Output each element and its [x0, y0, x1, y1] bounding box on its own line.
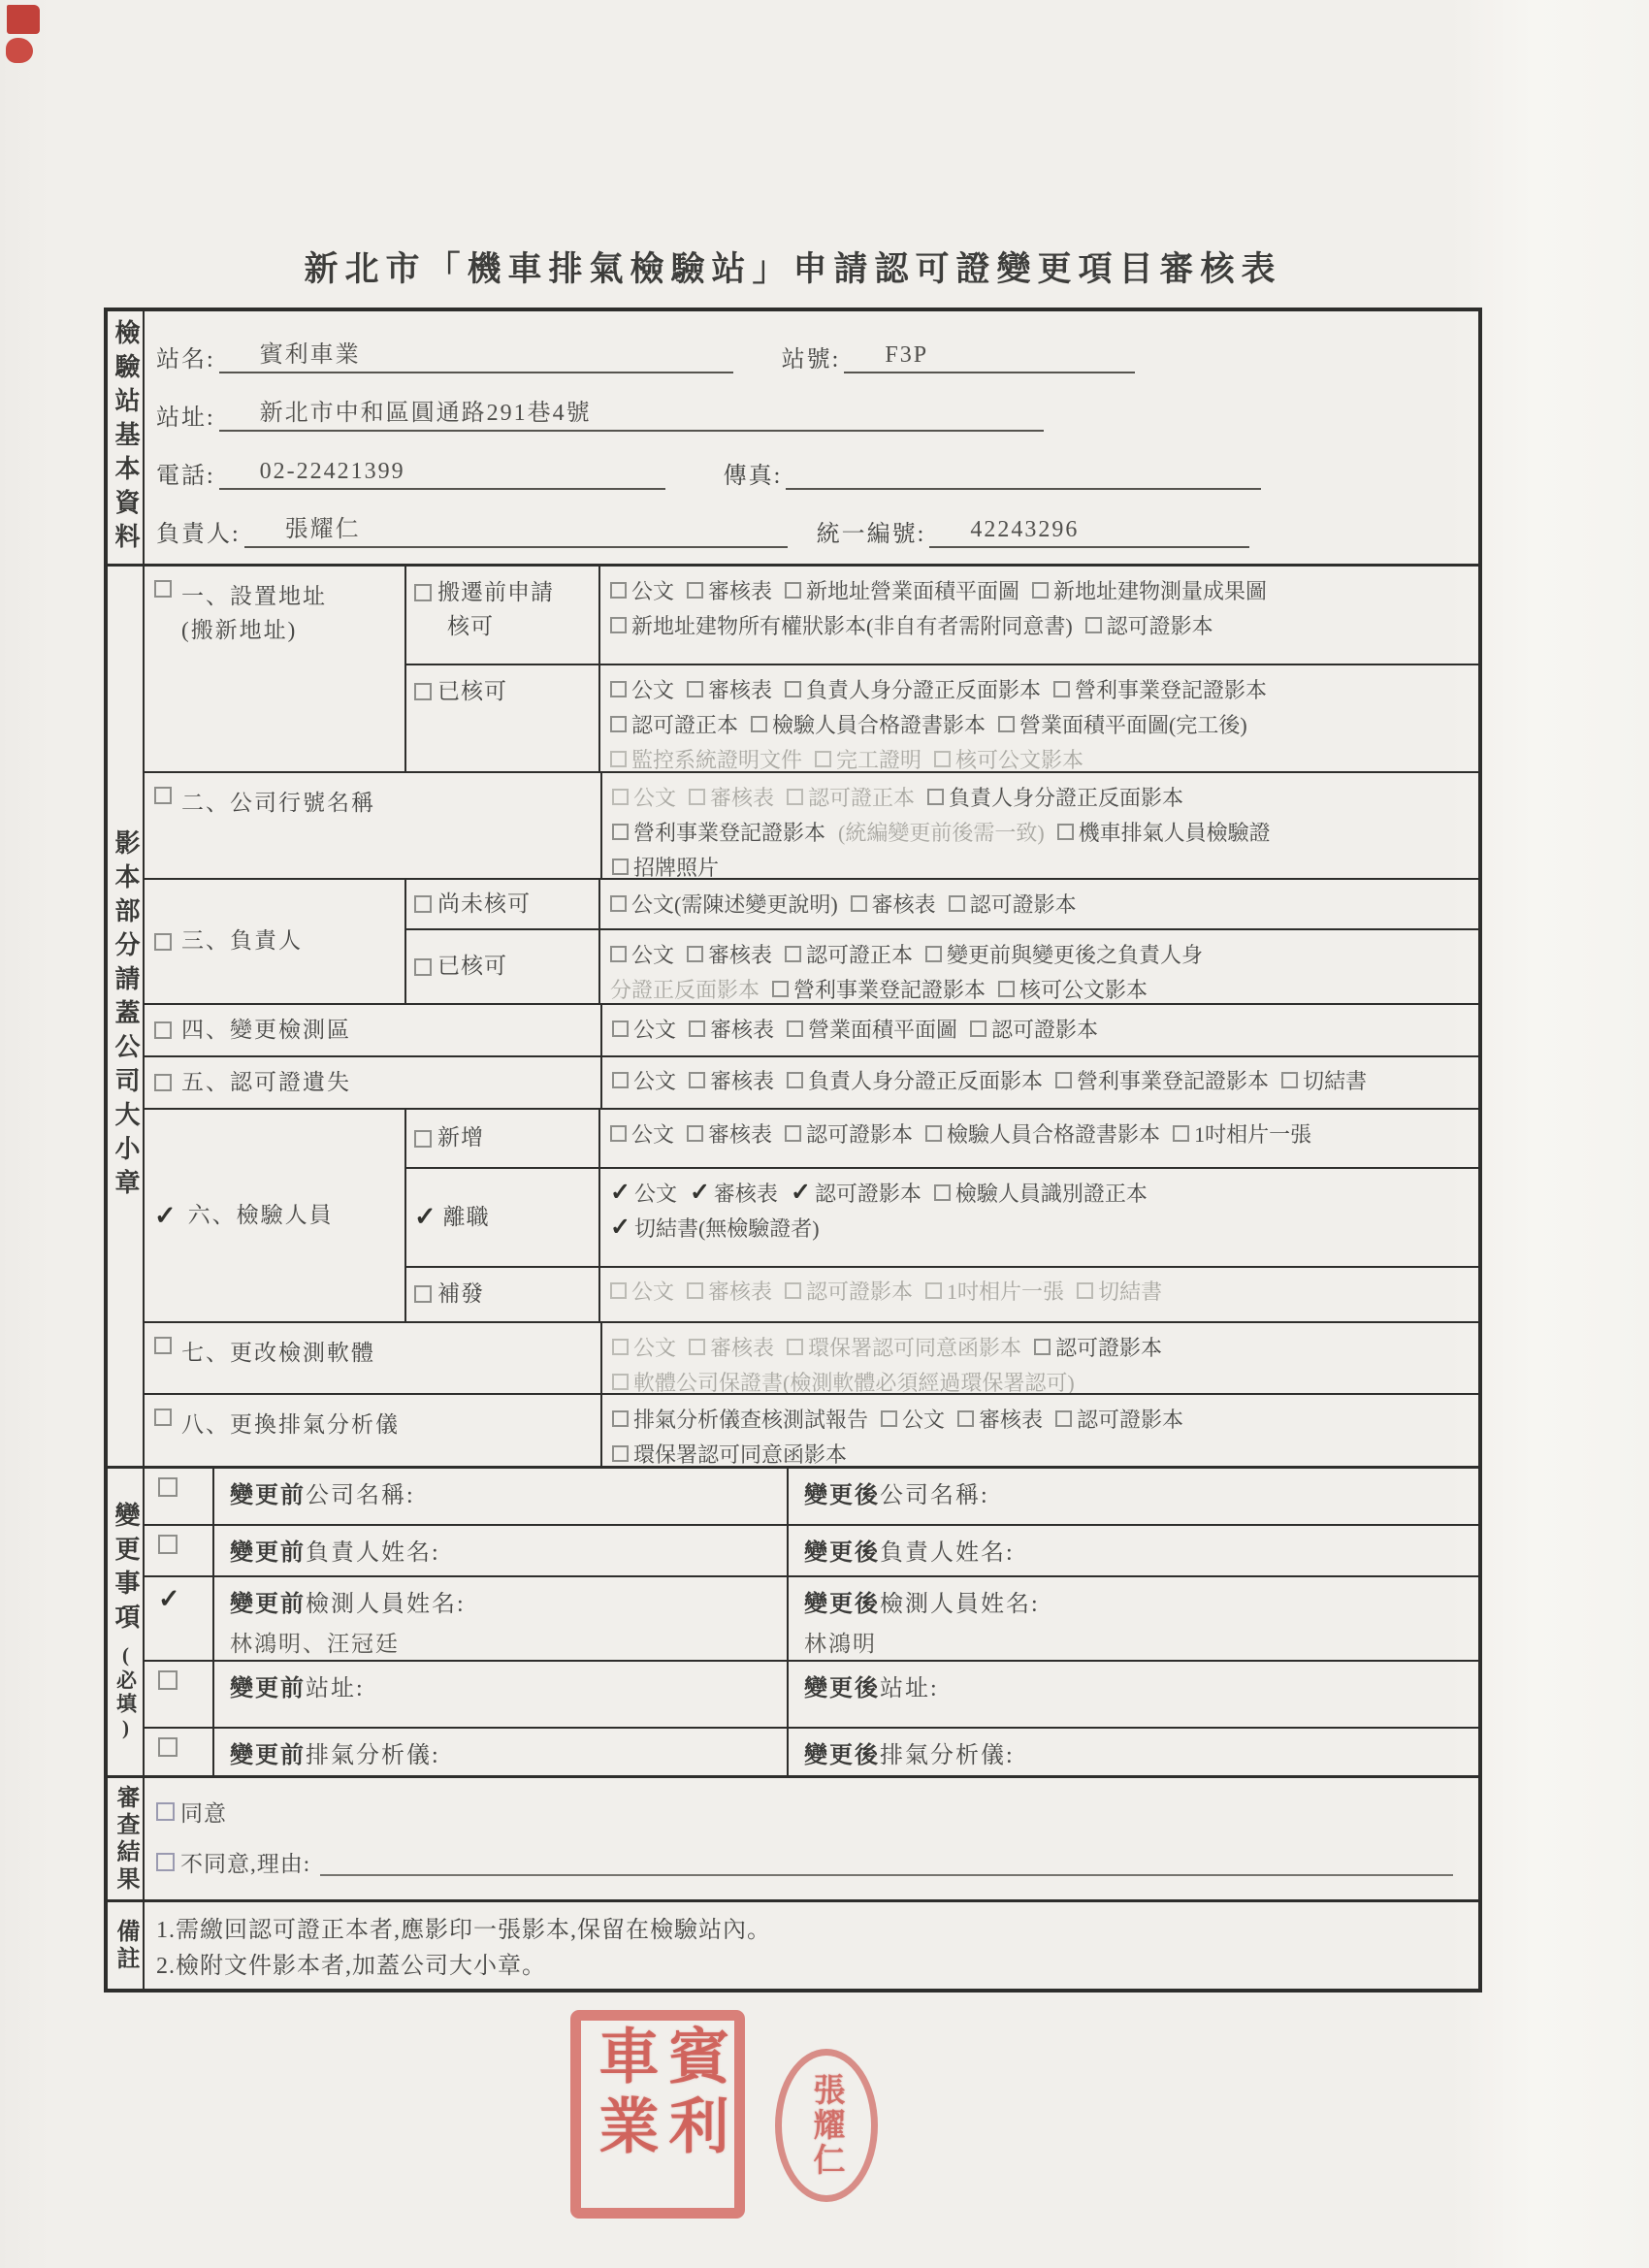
document-checkbox-item[interactable]: 環保署認可同意函影本: [612, 1439, 847, 1469]
document-checkbox-item[interactable]: 1吋相片一張: [925, 1276, 1064, 1306]
document-checkbox-item[interactable]: ✓審核表: [690, 1178, 778, 1208]
row-title-test-area: 四、變更檢測區: [145, 1005, 602, 1055]
checkbox-icon[interactable]: [610, 582, 627, 599]
document-checkbox-item[interactable]: 公文: [610, 575, 674, 605]
change-checkbox-cell: [145, 1662, 214, 1727]
row-checkbox[interactable]: [154, 787, 172, 804]
basic-section-label-text: 檢驗站基本資料: [113, 319, 138, 557]
doc-item-label: 負責人身分證正反面影本: [949, 782, 1183, 812]
doc-item-label: 營業面積平面圖: [808, 1014, 957, 1044]
personal-seal-stamp: 張耀仁: [775, 2049, 878, 2202]
phone-value[interactable]: 02-22421399: [219, 459, 665, 490]
checkbox-icon[interactable]: [610, 716, 627, 732]
notes-section-label-text: 備註: [113, 1919, 137, 1973]
checkbox-icon[interactable]: [689, 1339, 705, 1355]
document-checkbox-item[interactable]: 新地址營業面積平面圖: [785, 575, 1019, 605]
checkbox-icon[interactable]: [785, 1125, 801, 1142]
doc-item-label: 新地址營業面積平面圖: [806, 575, 1019, 605]
doc-item-label: 公文: [631, 674, 674, 704]
document-checkbox-item[interactable]: 審核表: [689, 1065, 774, 1095]
checkbox-icon[interactable]: [785, 582, 801, 599]
station-code-label: 站號:: [782, 340, 841, 373]
document-checkbox-item[interactable]: 負責人身分證正反面影本: [927, 782, 1183, 812]
doc-item-label: 審核表: [714, 1178, 778, 1208]
checkbox-icon[interactable]: [1034, 1339, 1051, 1355]
note-item: 2.檢附文件影本者,加蓋公司大小章。: [156, 1946, 1469, 1982]
document-checklist: 排氣分析儀查核測試報告公文審核表認可證影本環保署認可同意函影本: [602, 1395, 1478, 1466]
doc-item-label: 1吋相片一張: [1194, 1118, 1311, 1149]
form-table: 檢驗站基本資料 站名: 賓利車業 站號: F3P 站址: 新北市中和區圓通路29…: [104, 308, 1482, 1993]
checkbox-icon[interactable]: [1055, 1410, 1072, 1427]
after-cell[interactable]: 變更後站址:: [789, 1662, 1478, 1727]
doc-item-label: 軟體公司保證書(檢測軟體必須經過環保署認可): [633, 1367, 1075, 1397]
document-checkbox-item[interactable]: 環保署認可同意函影本: [787, 1332, 1021, 1362]
checkbox-icon[interactable]: [881, 1410, 897, 1427]
uniform-no-label: 統一編號:: [817, 514, 926, 548]
checkbox-icon[interactable]: [689, 789, 705, 805]
checkbox-icon[interactable]: [687, 1125, 703, 1142]
document-checkbox-item[interactable]: 認可證影本: [1034, 1332, 1162, 1362]
document-checkbox-item[interactable]: 認可證正本: [610, 709, 738, 739]
checkbox-icon[interactable]: [785, 1282, 801, 1299]
doc-item-label: 營利事業登記證影本: [793, 974, 986, 1004]
document-checkbox-item[interactable]: 營利事業登記證影本: [1053, 674, 1267, 704]
change-checkbox[interactable]: ✓: [158, 1586, 180, 1612]
checkbox-icon[interactable]: [851, 895, 867, 912]
row-title-inspectors: ✓ 六、檢驗人員: [145, 1110, 406, 1321]
disagree-option: 不同意,理由:: [156, 1836, 1459, 1887]
before-cell[interactable]: 變更前負責人姓名:: [214, 1526, 789, 1575]
document-checkbox-item[interactable]: 審核表: [687, 939, 772, 969]
document-checkbox-item[interactable]: 審核表: [689, 782, 774, 812]
document-checkbox-item[interactable]: 營利事業登記證影本: [612, 817, 825, 847]
section-basic-info: 檢驗站基本資料 站名: 賓利車業 站號: F3P 站址: 新北市中和區圓通路29…: [108, 311, 1478, 564]
checkbox-icon[interactable]: [787, 789, 803, 805]
row-checkbox[interactable]: [154, 1074, 172, 1091]
section-label-review: 審查結果: [108, 1778, 145, 1899]
change-checkbox-cell: [145, 1729, 214, 1775]
change-checkbox[interactable]: [158, 1477, 178, 1497]
subrow-approved: 已核可 公文審核表負責人身分證正反面影本營利事業登記證影本認可證正本檢驗人員合格…: [406, 664, 1478, 771]
company-seal-left-column: 車業: [593, 2025, 653, 2204]
doc-item-label: (統編變更前後需一致): [838, 817, 1045, 847]
doc-item-label: 1吋相片一張: [947, 1276, 1064, 1306]
before-value[interactable]: 林鴻明、汪冠廷: [230, 1626, 787, 1658]
agree-option: 同意: [156, 1786, 1459, 1836]
document-checkbox-item[interactable]: 審核表: [851, 889, 936, 919]
before-cell[interactable]: 變更前公司名稱:: [214, 1469, 789, 1524]
document-checkbox-item[interactable]: 公文: [612, 1014, 676, 1044]
change-row-inspector-names: ✓ 變更前檢測人員姓名:林鴻明、汪冠廷 變更後檢測人員姓名:林鴻明: [145, 1575, 1478, 1660]
document-checklist: 公文(需陳述變更說明)審核表認可證影本: [600, 880, 1478, 928]
agree-label: 同意: [180, 1796, 227, 1828]
doc-item-label: 審核表: [710, 1065, 774, 1095]
document-checkbox-item[interactable]: 審核表: [687, 575, 772, 605]
doc-item-label: 切結書: [1303, 1065, 1367, 1095]
document-checkbox-item[interactable]: 認可證影本: [785, 1118, 913, 1149]
document-checkbox-item[interactable]: 營利事業登記證影本: [1055, 1065, 1269, 1095]
document-checkbox-item[interactable]: 認可證正本: [785, 939, 913, 969]
document-checkbox-item[interactable]: 公文: [881, 1404, 945, 1434]
doc-item-label: 排氣分析儀查核測試報告: [633, 1404, 868, 1434]
row-title-manager: 三、負責人: [145, 880, 406, 1003]
checked-checkbox-icon[interactable]: ✓: [610, 1215, 630, 1240]
checkbox-icon[interactable]: [785, 681, 801, 697]
subrow-checkbox[interactable]: [414, 683, 432, 700]
checkbox-icon[interactable]: [610, 946, 627, 962]
doc-item-label: 審核表: [708, 939, 772, 969]
section-copies: 影本部分請蓋公司大小章 一、設置地址 (搬新地址): [108, 564, 1478, 1466]
station-address-row: 站址: 新北市中和區圓通路291巷4號: [156, 377, 1465, 436]
row-checkbox[interactable]: [154, 1337, 172, 1354]
doc-item-label: 認可證影本: [806, 1118, 913, 1149]
subrow-checkbox[interactable]: [414, 895, 432, 913]
station-address-label: 站址:: [156, 398, 215, 432]
notes-body: 1.需繳回認可證正本者,應影印一張影本,保留在檢驗站內。 2.檢附文件影本者,加…: [145, 1902, 1478, 1989]
checkbox-icon[interactable]: [612, 1410, 629, 1427]
changes-section-required-text: (必填): [115, 1643, 136, 1742]
checkbox-icon[interactable]: [612, 1072, 629, 1088]
checkbox-icon[interactable]: [934, 751, 951, 767]
checkbox-icon[interactable]: [787, 1021, 803, 1037]
checkbox-icon[interactable]: [610, 1125, 627, 1142]
document-checkbox-item[interactable]: 公文(需陳述變更說明): [610, 889, 838, 919]
reason-blank-line[interactable]: [320, 1847, 1453, 1876]
document-checkbox-item[interactable]: 認可證影本: [785, 1276, 913, 1306]
subrow-label: 尚未核可: [406, 880, 600, 928]
checkbox-icon[interactable]: [751, 716, 767, 732]
document-checkbox-item[interactable]: 審核表: [689, 1014, 774, 1044]
fax-value[interactable]: [786, 485, 1261, 490]
checkbox-icon[interactable]: [1085, 617, 1102, 633]
doc-item-label: 認可證正本: [631, 709, 738, 739]
before-cell[interactable]: 變更前排氣分析儀:: [214, 1729, 789, 1775]
checkbox-icon[interactable]: [610, 751, 627, 767]
after-cell[interactable]: 變更後公司名稱:: [789, 1469, 1478, 1524]
subrow-label: 已核可: [406, 930, 600, 1003]
disagree-label: 不同意,理由:: [180, 1846, 310, 1878]
document-checklist: 公文審核表認可證正本變更前與變更後之負責人身分證正反面影本營利事業登記證影本核可…: [600, 930, 1478, 1003]
manager-value[interactable]: 張耀仁: [244, 509, 788, 548]
change-checkbox[interactable]: [158, 1670, 178, 1690]
document-checkbox-item[interactable]: 認可證影本: [949, 889, 1077, 919]
doc-item-label: 審核表: [710, 1332, 774, 1362]
manager-label: 負責人:: [156, 514, 241, 548]
document-checkbox-item[interactable]: 負責人身分證正反面影本: [787, 1065, 1043, 1095]
doc-item-label: 公文: [633, 1014, 676, 1044]
checked-checkbox-icon[interactable]: ✓: [690, 1181, 710, 1205]
document-checkbox-item[interactable]: 切結書: [1077, 1276, 1162, 1306]
copies-row-analyzer-change: 八、更換排氣分析儀 排氣分析儀查核測試報告公文審核表認可證影本環保署認可同意函影…: [145, 1393, 1478, 1466]
checkbox-icon[interactable]: [1057, 824, 1074, 840]
checkbox-icon[interactable]: [610, 1282, 627, 1299]
document-checkbox-item[interactable]: 新地址建物所有權狀影本(非自有者需附同意書): [610, 610, 1073, 640]
after-cell[interactable]: 變更後排氣分析儀:: [789, 1729, 1478, 1775]
uniform-no-value[interactable]: 42243296: [929, 517, 1249, 548]
subrow-label: 已核可: [406, 665, 600, 771]
document-checkbox-item[interactable]: 切結書: [1281, 1065, 1367, 1095]
section-label-basic-info: 檢驗站基本資料: [108, 311, 145, 564]
agree-checkbox[interactable]: [156, 1802, 175, 1821]
copies-row-lost-certificate: 五、認可證遺失 公文審核表負責人身分證正反面影本營利事業登記證影本切結書: [145, 1055, 1478, 1108]
checkbox-icon[interactable]: [687, 681, 703, 697]
checkbox-icon[interactable]: [687, 946, 703, 962]
document-checklist: 公文審核表認可證影本檢驗人員合格證書影本1吋相片一張: [600, 1110, 1478, 1167]
document-checkbox-item[interactable]: 公文: [610, 674, 674, 704]
checkbox-icon[interactable]: [949, 895, 965, 912]
copies-row-manager: 三、負責人 尚未核可 公文(需陳述變更說明)審核表認可證影本 已核可: [145, 878, 1478, 1003]
document-checkbox-item[interactable]: 變更前與變更後之負責人身: [925, 939, 1203, 969]
document-checkbox-item[interactable]: 認可證影本: [1085, 610, 1213, 640]
subrow-checkbox[interactable]: [414, 584, 432, 601]
document-checklist: 公文審核表營業面積平面圖認可證影本: [602, 1005, 1478, 1055]
doc-item-label: 審核表: [708, 1118, 772, 1149]
subrow-checkbox[interactable]: [414, 1285, 432, 1303]
doc-item-label: 檢驗人員合格證書影本: [947, 1118, 1160, 1149]
change-checkbox[interactable]: [158, 1737, 178, 1757]
doc-item-label: 公文: [634, 1178, 677, 1208]
document-checkbox-item[interactable]: 審核表: [687, 1276, 772, 1306]
copies-row-company-name: 二、公司行號名稱 公文審核表認可證正本負責人身分證正反面影本營利事業登記證影本(…: [145, 771, 1478, 878]
document-checkbox-item[interactable]: 負責人身分證正反面影本: [785, 674, 1041, 704]
document-checkbox-item[interactable]: 軟體公司保證書(檢測軟體必須經過環保署認可): [612, 1367, 1075, 1397]
document-checkbox-item[interactable]: 營業面積平面圖(完工後): [998, 709, 1247, 739]
document-checklist: 公文審核表負責人身分證正反面影本營利事業登記證影本認可證正本檢驗人員合格證書影本…: [600, 665, 1478, 771]
station-name-label: 站名:: [156, 340, 215, 373]
checkbox-icon[interactable]: [957, 1410, 974, 1427]
row-title-text: 二、公司行號名稱: [181, 787, 375, 821]
document-checkbox-item[interactable]: 公文: [612, 1065, 676, 1095]
checkbox-icon[interactable]: [1281, 1072, 1298, 1088]
doc-item-label: 分證正反面影本: [610, 974, 760, 1004]
review-section-label-text: 審查結果: [113, 1785, 137, 1894]
row-checkbox[interactable]: [154, 580, 172, 598]
document-checkbox-item[interactable]: 公文: [610, 1276, 674, 1306]
copies-rows: 一、設置地址 (搬新地址) 搬遷前申請 核可 公文審核表新地址營業面積平面圖新地…: [145, 567, 1478, 1466]
checkbox-icon[interactable]: [1173, 1125, 1189, 1142]
checkbox-icon[interactable]: [1055, 1072, 1072, 1088]
doc-item-label: 新地址建物所有權狀影本(非自有者需附同意書): [631, 610, 1073, 640]
document-checkbox-item[interactable]: 機車排氣人員檢驗證: [1057, 817, 1271, 847]
row-title-text: 八、更換排氣分析儀: [181, 1409, 400, 1442]
row-title-text: 一、設置地址 (搬新地址): [181, 580, 327, 647]
document-checkbox-item[interactable]: 檢驗人員識別證正本: [934, 1178, 1148, 1208]
checkbox-icon[interactable]: [612, 1021, 629, 1037]
section-label-notes: 備註: [108, 1902, 145, 1989]
doc-item-label: 公文: [633, 1065, 676, 1095]
doc-item-label: 招牌照片: [633, 852, 719, 882]
change-checkbox-cell: [145, 1469, 214, 1524]
scan-artifact-red-mark: [6, 38, 33, 63]
doc-item-label: 認可證正本: [806, 939, 913, 969]
document-checkbox-item[interactable]: 營利事業登記證影本: [772, 974, 986, 1004]
checkbox-icon[interactable]: [998, 716, 1015, 732]
doc-item-label: 監控系統證明文件: [631, 744, 802, 774]
document-checkbox-item[interactable]: 檢驗人員合格證書影本: [925, 1118, 1160, 1149]
checkbox-icon[interactable]: [772, 981, 789, 997]
checkbox-icon[interactable]: [687, 582, 703, 599]
document-checkbox-item[interactable]: 1吋相片一張: [1173, 1118, 1311, 1149]
document-checkbox-item[interactable]: ✓公文: [610, 1178, 677, 1208]
document-checkbox-item[interactable]: 排氣分析儀查核測試報告: [612, 1404, 868, 1434]
doc-item-label: 切結書(無檢驗證者): [634, 1213, 820, 1243]
after-cell[interactable]: 變更後檢測人員姓名:林鴻明: [789, 1577, 1478, 1660]
checkbox-icon[interactable]: [612, 1339, 629, 1355]
station-code-value[interactable]: F3P: [844, 342, 1135, 373]
checkbox-icon[interactable]: [785, 946, 801, 962]
checked-checkbox-icon[interactable]: ✓: [610, 1181, 630, 1205]
checkbox-icon[interactable]: [612, 859, 629, 875]
checkbox-icon[interactable]: [610, 681, 627, 697]
doc-item-label: 認可證影本: [1055, 1332, 1162, 1362]
document-checkbox-item[interactable]: 公文: [612, 782, 676, 812]
section-label-copies: 影本部分請蓋公司大小章: [108, 567, 145, 1466]
phone-fax-row: 電話: 02-22421399 傳真:: [156, 436, 1465, 494]
checkbox-icon[interactable]: [612, 824, 629, 840]
checkbox-icon[interactable]: [612, 789, 629, 805]
subrow-checkbox[interactable]: ✓: [414, 1204, 437, 1230]
checkbox-icon[interactable]: [612, 1445, 629, 1462]
change-checkbox[interactable]: [158, 1535, 178, 1554]
personal-seal-text: 張耀仁: [804, 2073, 850, 2178]
checkbox-icon[interactable]: [689, 1021, 705, 1037]
disagree-checkbox[interactable]: [156, 1853, 175, 1871]
manager-row: 負責人: 張耀仁 統一編號: 42243296: [156, 494, 1465, 552]
doc-item-label: 切結書: [1098, 1276, 1162, 1306]
checkbox-icon[interactable]: [1032, 582, 1049, 599]
checked-checkbox-icon[interactable]: ✓: [791, 1181, 811, 1205]
doc-item-label: 公文: [902, 1404, 945, 1434]
checkbox-icon[interactable]: [610, 895, 627, 912]
change-checkbox-cell: ✓: [145, 1577, 214, 1660]
document-checkbox-item[interactable]: 審核表: [689, 1332, 774, 1362]
change-row-manager-name: 變更前負責人姓名: 變更後負責人姓名:: [145, 1524, 1478, 1575]
checkbox-icon[interactable]: [925, 1125, 942, 1142]
subrow-resigned-inspector: ✓離職 ✓公文✓審核表✓認可證影本檢驗人員識別證正本✓切結書(無檢驗證者): [406, 1167, 1478, 1265]
doc-item-label: 營利事業登記證影本: [1075, 674, 1267, 704]
document-checklist: ✓公文✓審核表✓認可證影本檢驗人員識別證正本✓切結書(無檢驗證者): [600, 1169, 1478, 1265]
doc-item-label: 核可公文影本: [1019, 974, 1148, 1004]
doc-item-label: 認可證影本: [970, 889, 1077, 919]
doc-item-label: 公文: [631, 1118, 674, 1149]
row-checkbox[interactable]: [154, 1409, 172, 1426]
doc-item-label: 環保署認可同意函影本: [633, 1439, 847, 1469]
subrow-reissue: 補發 公文審核表認可證影本1吋相片一張切結書: [406, 1266, 1478, 1321]
station-name-row: 站名: 賓利車業 站號: F3P: [156, 319, 1465, 377]
checkbox-icon[interactable]: [925, 1282, 942, 1299]
document-checkbox-item[interactable]: 完工證明: [815, 744, 921, 774]
document-checkbox-item[interactable]: 營業面積平面圖: [787, 1014, 957, 1044]
checkbox-icon[interactable]: [927, 789, 944, 805]
document-checkbox-item[interactable]: 公文: [610, 1118, 674, 1149]
checkbox-icon[interactable]: [689, 1072, 705, 1088]
note-item: 1.需繳回認可證正本者,應影印一張影本,保留在檢驗站內。: [156, 1910, 1469, 1946]
row-checkbox[interactable]: [154, 1021, 172, 1039]
document-checkbox-item[interactable]: 核可公文影本: [934, 744, 1083, 774]
after-value[interactable]: 林鴻明: [804, 1626, 1478, 1658]
before-cell[interactable]: 變更前站址:: [214, 1662, 789, 1727]
row-checkbox[interactable]: [154, 933, 172, 951]
doc-item-label: 審核表: [708, 1276, 772, 1306]
subrow-checkbox[interactable]: [414, 1130, 432, 1148]
document-checkbox-item[interactable]: 認可證影本: [970, 1014, 1098, 1044]
section-notes: 備註 1.需繳回認可證正本者,應影印一張影本,保留在檢驗站內。 2.檢附文件影本…: [108, 1899, 1478, 1989]
subrow-new-inspector: 新增 公文審核表認可證影本檢驗人員合格證書影本1吋相片一張: [406, 1110, 1478, 1167]
station-address-value[interactable]: 新北市中和區圓通路291巷4號: [219, 393, 1044, 432]
section-review-result: 審查結果 同意 不同意,理由:: [108, 1775, 1478, 1899]
row-title-company-name: 二、公司行號名稱: [145, 773, 602, 878]
after-cell[interactable]: 變更後負責人姓名:: [789, 1526, 1478, 1575]
copies-row-inspectors: ✓ 六、檢驗人員 新增 公文審核表認可證影本檢驗人員合格證書影本1吋相片一張: [145, 1108, 1478, 1321]
change-row-address: 變更前站址: 變更後站址:: [145, 1660, 1478, 1727]
subrow-label: 補發: [406, 1268, 600, 1321]
review-body: 同意 不同意,理由:: [145, 1778, 1478, 1899]
doc-item-label: 認可證影本: [1077, 1404, 1183, 1434]
subrow-checkbox[interactable]: [414, 958, 432, 976]
document-checkbox-item[interactable]: 招牌照片: [612, 852, 719, 882]
checkbox-icon[interactable]: [787, 1072, 803, 1088]
doc-item-label: 審核表: [708, 575, 772, 605]
document-checkbox-item[interactable]: 監控系統證明文件: [610, 744, 802, 774]
checkbox-icon[interactable]: [815, 751, 831, 767]
subrow-approved: 已核可 公文審核表認可證正本變更前與變更後之負責人身分證正反面影本營利事業登記證…: [406, 928, 1478, 1003]
checkbox-icon[interactable]: [687, 1282, 703, 1299]
document-checkbox-item[interactable]: 認可證影本: [1055, 1404, 1183, 1434]
doc-item-label: 認可證影本: [806, 1276, 913, 1306]
subrow-pre-move-apply: 搬遷前申請 核可 公文審核表新地址營業面積平面圖新地址建物測量成果圖新地址建物所…: [406, 567, 1478, 664]
doc-item-label: 審核表: [872, 889, 936, 919]
document-checklist: 公文審核表認可證正本負責人身分證正反面影本營利事業登記證影本(統編變更前後需一致…: [602, 773, 1478, 878]
checkbox-icon[interactable]: [1077, 1282, 1093, 1299]
checkbox-icon[interactable]: [925, 946, 942, 962]
checkbox-icon[interactable]: [1053, 681, 1070, 697]
document-checkbox-item[interactable]: 檢驗人員合格證書影本: [751, 709, 986, 739]
document-checkbox-item[interactable]: 審核表: [687, 674, 772, 704]
document-checkbox-item[interactable]: 認可證正本: [787, 782, 915, 812]
checkbox-icon[interactable]: [934, 1184, 951, 1201]
station-name-value[interactable]: 賓利車業: [219, 335, 733, 373]
document-checkbox-item[interactable]: 審核表: [957, 1404, 1043, 1434]
checkbox-icon[interactable]: [610, 617, 627, 633]
copies-row-relocation: 一、設置地址 (搬新地址) 搬遷前申請 核可 公文審核表新地址營業面積平面圖新地…: [145, 567, 1478, 771]
doc-item-label: 檢驗人員合格證書影本: [772, 709, 986, 739]
changes-section-label-text: 變更事項: [113, 1502, 138, 1637]
document-checkbox-item[interactable]: 審核表: [687, 1118, 772, 1149]
document-checklist: 公文審核表新地址營業面積平面圖新地址建物測量成果圖新地址建物所有權狀影本(非自有…: [600, 567, 1478, 664]
basic-fields: 站名: 賓利車業 站號: F3P 站址: 新北市中和區圓通路291巷4號 電話:…: [145, 311, 1478, 564]
row-checkbox[interactable]: ✓: [154, 1203, 178, 1229]
document-checkbox-item[interactable]: ✓認可證影本: [791, 1178, 921, 1208]
before-cell[interactable]: 變更前檢測人員姓名:林鴻明、汪冠廷: [214, 1577, 789, 1660]
checkbox-icon[interactable]: [998, 981, 1015, 997]
row-title-text: 七、更改檢測軟體: [181, 1337, 375, 1371]
doc-item-label: 營利事業登記證影本: [633, 817, 825, 847]
checkbox-icon[interactable]: [787, 1339, 803, 1355]
doc-item-label: 公文: [631, 1276, 674, 1306]
document-checklist: 公文審核表認可證影本1吋相片一張切結書: [600, 1268, 1478, 1321]
change-row-company-name: 變更前公司名稱: 變更後公司名稱:: [145, 1469, 1478, 1524]
document-checkbox-item[interactable]: 公文: [610, 939, 674, 969]
document-checkbox-item[interactable]: 核可公文影本: [998, 974, 1148, 1004]
document-checkbox-item[interactable]: 公文: [612, 1332, 676, 1362]
document-checkbox-item[interactable]: ✓切結書(無檢驗證者): [610, 1213, 820, 1243]
copies-row-software-change: 七、更改檢測軟體 公文審核表環保署認可同意函影本認可證影本軟體公司保證書(檢測軟…: [145, 1321, 1478, 1393]
document-checkbox-item[interactable]: 新地址建物測量成果圖: [1032, 575, 1267, 605]
doc-item-label: 審核表: [708, 674, 772, 704]
row-title-relocation: 一、設置地址 (搬新地址): [145, 567, 406, 771]
checkbox-icon[interactable]: [612, 1374, 629, 1390]
checkbox-icon[interactable]: [970, 1021, 986, 1037]
